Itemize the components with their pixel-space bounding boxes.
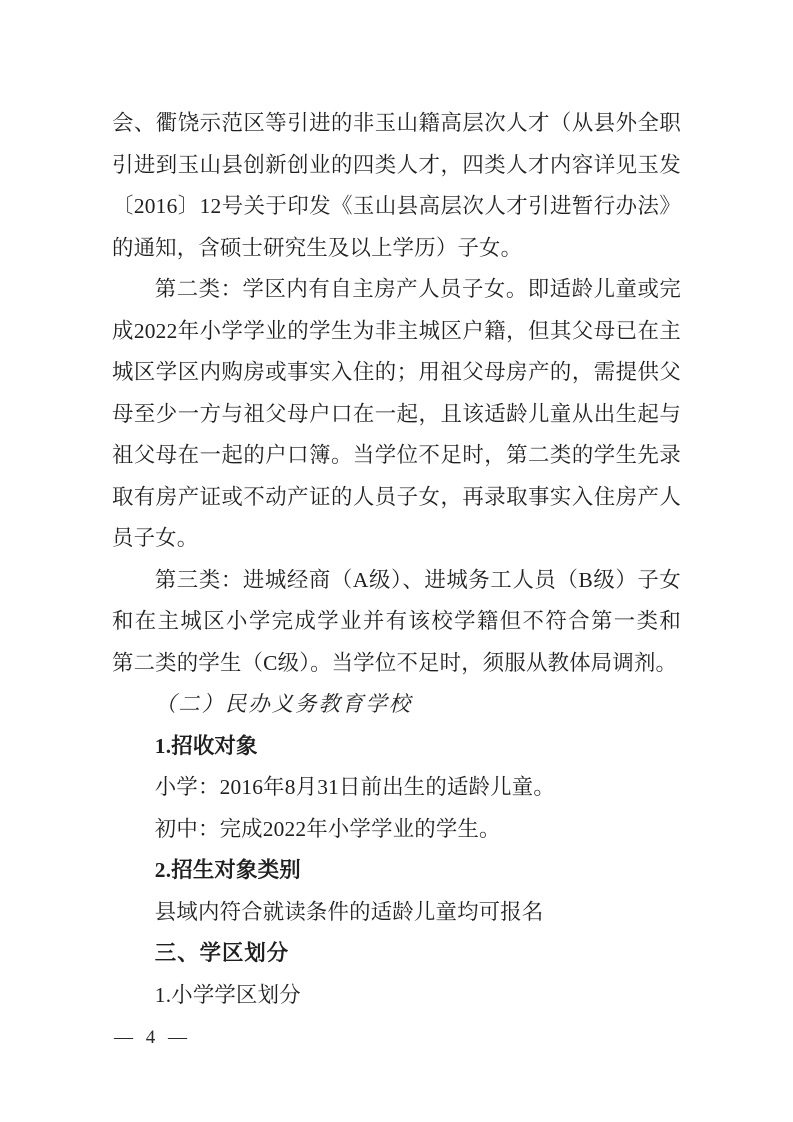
text-line: 第二类：学区内有自主房产人员子女。即适龄儿童或完 <box>112 269 681 311</box>
text-line: 成2022年小学学业的学生为非主城区户籍，但其父母已在主 <box>112 311 681 353</box>
text-line: （二）民办义务教育学校 <box>112 684 681 726</box>
page-number: — 4 — <box>114 1024 191 1052</box>
text-line: 2.招生对象类别 <box>112 850 681 892</box>
text-line: 1.小学学区划分 <box>112 975 681 1017</box>
document-text-block: 会、衢饶示范区等引进的非玉山籍高层次人才（从县外全职引进到玉山县创新创业的四类人… <box>112 103 681 1016</box>
text-line: 员子女。 <box>112 518 681 560</box>
text-line: 城区学区内购房或事实入住的；用祖父母房产的，需提供父 <box>112 352 681 394</box>
document-page: 会、衢饶示范区等引进的非玉山籍高层次人才（从县外全职引进到玉山县创新创业的四类人… <box>0 0 793 1122</box>
text-line: 小学：2016年8月31日前出生的适龄儿童。 <box>112 767 681 809</box>
text-line: 会、衢饶示范区等引进的非玉山籍高层次人才（从县外全职 <box>112 103 681 145</box>
text-line: 第二类的学生（C级）。当学位不足时，须服从教体局调剂。 <box>112 643 681 685</box>
text-line: 〔2016〕12号关于印发《玉山县高层次人才引进暂行办法》 <box>112 186 681 228</box>
text-line: 初中：完成2022年小学学业的学生。 <box>112 809 681 851</box>
text-line: 和在主城区小学完成学业并有该校学籍但不符合第一类和 <box>112 601 681 643</box>
text-line: 取有房产证或不动产证的人员子女，再录取事实入住房产人 <box>112 477 681 519</box>
text-line: 的通知，含硕士研究生及以上学历）子女。 <box>112 228 681 270</box>
text-line: 第三类：进城经商（A级）、进城务工人员（B级）子女 <box>112 560 681 602</box>
text-line: 1.招收对象 <box>112 726 681 768</box>
text-line: 祖父母在一起的户口簿。当学位不足时，第二类的学生先录 <box>112 435 681 477</box>
text-line: 三、学区划分 <box>112 933 681 975</box>
text-line: 引进到玉山县创新创业的四类人才，四类人才内容详见玉发 <box>112 145 681 187</box>
text-line: 母至少一方与祖父母户口在一起，且该适龄儿童从出生起与 <box>112 394 681 436</box>
text-line: 县域内符合就读条件的适龄儿童均可报名 <box>112 892 681 934</box>
